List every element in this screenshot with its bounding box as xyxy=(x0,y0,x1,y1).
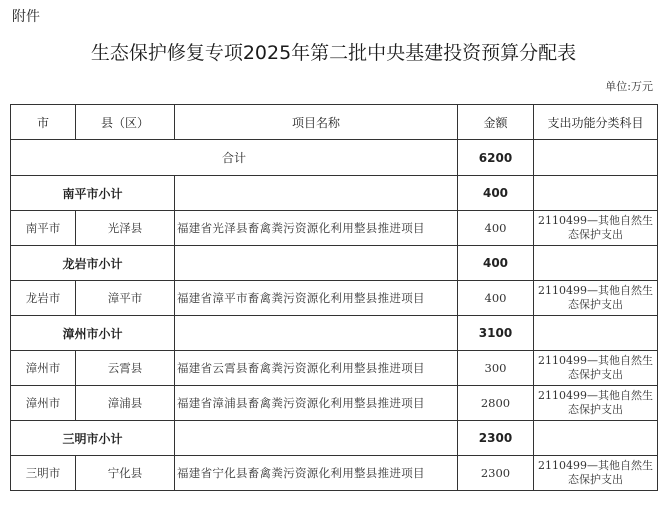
header-amount: 金额 xyxy=(458,105,534,140)
county-cell: 宁化县 xyxy=(76,456,175,491)
project-cell: 福建省云霄县畜禽粪污资源化利用整县推进项目 xyxy=(175,351,458,386)
amount-cell: 300 xyxy=(458,351,534,386)
budget-allocation-table: 市 县（区） 项目名称 金额 支出功能分类科目 合计 6200 南平市小计 40… xyxy=(10,104,658,491)
page-title: 生态保护修复专项2025年第二批中央基建投资预算分配表 xyxy=(0,38,667,65)
county-cell: 漳浦县 xyxy=(76,386,175,421)
total-row: 合计 6200 xyxy=(11,140,658,176)
subtotal-amount: 400 xyxy=(458,246,534,281)
county-cell: 漳平市 xyxy=(76,281,175,316)
category-cell: 2110499—其他自然生态保护支出 xyxy=(534,456,658,491)
subtotal-label: 三明市小计 xyxy=(11,421,175,456)
header-city: 市 xyxy=(11,105,76,140)
total-amount: 6200 xyxy=(458,140,534,176)
attachment-label: 附件 xyxy=(12,6,40,26)
subtotal-project xyxy=(175,421,458,456)
subtotal-category xyxy=(534,246,658,281)
subtotal-label: 南平市小计 xyxy=(11,176,175,211)
county-cell: 光泽县 xyxy=(76,211,175,246)
total-label: 合计 xyxy=(11,140,458,176)
table-row: 漳州市 云霄县 福建省云霄县畜禽粪污资源化利用整县推进项目 300 211049… xyxy=(11,351,658,386)
amount-cell: 400 xyxy=(458,211,534,246)
city-cell: 漳州市 xyxy=(11,386,76,421)
city-cell: 三明市 xyxy=(11,456,76,491)
amount-cell: 400 xyxy=(458,281,534,316)
subtotal-row: 南平市小计 400 xyxy=(11,176,658,211)
subtotal-row: 三明市小计 2300 xyxy=(11,421,658,456)
category-cell: 2110499—其他自然生态保护支出 xyxy=(534,211,658,246)
subtotal-row: 龙岩市小计 400 xyxy=(11,246,658,281)
project-cell: 福建省宁化县畜禽粪污资源化利用整县推进项目 xyxy=(175,456,458,491)
subtotal-label: 龙岩市小计 xyxy=(11,246,175,281)
category-cell: 2110499—其他自然生态保护支出 xyxy=(534,351,658,386)
city-cell: 漳州市 xyxy=(11,351,76,386)
subtotal-project xyxy=(175,316,458,351)
amount-cell: 2300 xyxy=(458,456,534,491)
category-cell: 2110499—其他自然生态保护支出 xyxy=(534,281,658,316)
amount-cell: 2800 xyxy=(458,386,534,421)
category-cell: 2110499—其他自然生态保护支出 xyxy=(534,386,658,421)
header-county: 县（区） xyxy=(76,105,175,140)
table-row: 三明市 宁化县 福建省宁化县畜禽粪污资源化利用整县推进项目 2300 21104… xyxy=(11,456,658,491)
project-cell: 福建省光泽县畜禽粪污资源化利用整县推进项目 xyxy=(175,211,458,246)
subtotal-project xyxy=(175,176,458,211)
table-row: 龙岩市 漳平市 福建省漳平市畜禽粪污资源化利用整县推进项目 400 211049… xyxy=(11,281,658,316)
unit-label: 单位:万元 xyxy=(605,78,653,94)
city-cell: 南平市 xyxy=(11,211,76,246)
subtotal-amount: 2300 xyxy=(458,421,534,456)
project-cell: 福建省漳平市畜禽粪污资源化利用整县推进项目 xyxy=(175,281,458,316)
city-cell: 龙岩市 xyxy=(11,281,76,316)
project-cell: 福建省漳浦县畜禽粪污资源化利用整县推进项目 xyxy=(175,386,458,421)
total-category xyxy=(534,140,658,176)
table-header-row: 市 县（区） 项目名称 金额 支出功能分类科目 xyxy=(11,105,658,140)
subtotal-amount: 400 xyxy=(458,176,534,211)
subtotal-category xyxy=(534,421,658,456)
header-category: 支出功能分类科目 xyxy=(534,105,658,140)
subtotal-project xyxy=(175,246,458,281)
subtotal-row: 漳州市小计 3100 xyxy=(11,316,658,351)
subtotal-category xyxy=(534,176,658,211)
subtotal-category xyxy=(534,316,658,351)
header-project: 项目名称 xyxy=(175,105,458,140)
table-row: 漳州市 漳浦县 福建省漳浦县畜禽粪污资源化利用整县推进项目 2800 21104… xyxy=(11,386,658,421)
county-cell: 云霄县 xyxy=(76,351,175,386)
table-row: 南平市 光泽县 福建省光泽县畜禽粪污资源化利用整县推进项目 400 211049… xyxy=(11,211,658,246)
subtotal-label: 漳州市小计 xyxy=(11,316,175,351)
subtotal-amount: 3100 xyxy=(458,316,534,351)
